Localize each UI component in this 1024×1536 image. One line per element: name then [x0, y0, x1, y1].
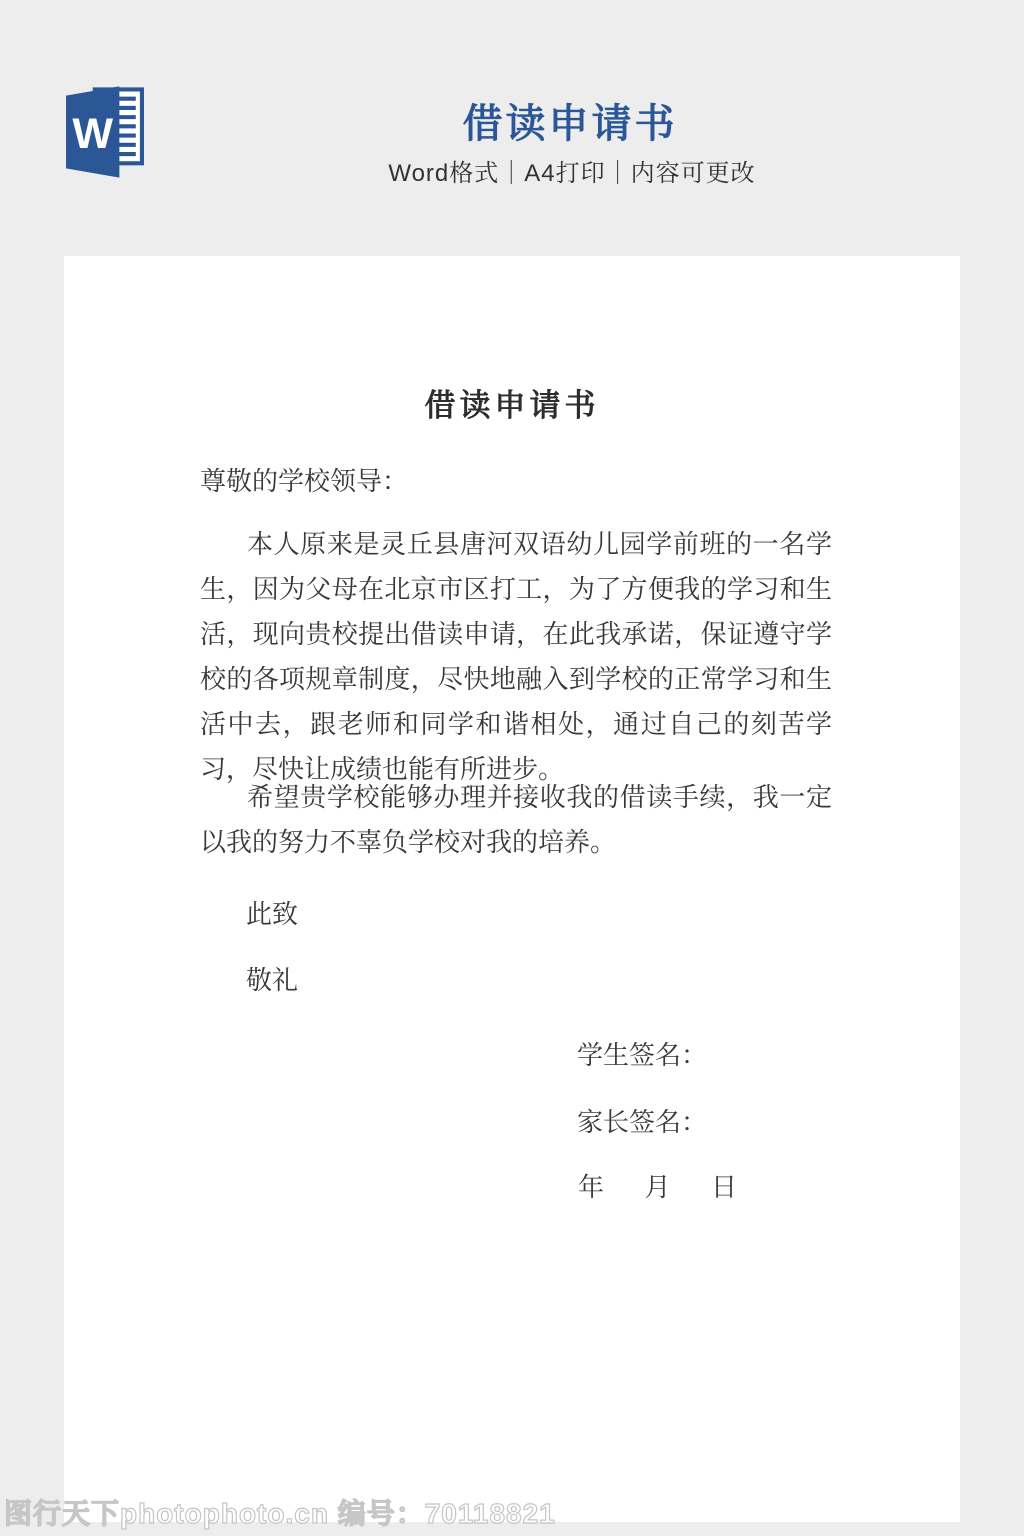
- document-title: 借读申请书: [64, 380, 960, 425]
- salutation: 尊敬的学校领导：: [200, 459, 408, 504]
- date-line: 年 月 日: [578, 1165, 737, 1210]
- closing-jingli: 敬礼: [246, 958, 298, 1003]
- watermark: 图行天下photophoto.cn 编号：70118821: [4, 1492, 556, 1532]
- body-paragraph-1: 本人原来是灵丘县唐河双语幼儿园学前班的一名学生，因为父母在北京市区打工，为了方便…: [200, 522, 832, 792]
- parent-signature-label: 家长签名：: [577, 1100, 707, 1145]
- closing-cizhi: 此致: [246, 892, 298, 937]
- year-label: 年: [578, 1173, 604, 1202]
- template-title: 借读申请书: [463, 92, 678, 149]
- day-label: 日: [711, 1173, 737, 1202]
- month-label: 月: [645, 1173, 671, 1202]
- student-signature-label: 学生签名：: [577, 1033, 707, 1078]
- template-subtitle: Word格式｜A4打印｜内容可更改: [388, 153, 755, 188]
- body-paragraph-2: 希望贵学校能够办理并接收我的借读手续，我一定以我的努力不辜负学校对我的培养。: [200, 775, 832, 865]
- document-page: 借读申请书 尊敬的学校领导： 本人原来是灵丘县唐河双语幼儿园学前班的一名学生，因…: [64, 256, 960, 1522]
- word-icon-letter: W: [72, 110, 113, 158]
- word-icon: W: [64, 84, 144, 180]
- template-preview: W 借读申请书 Word格式｜A4打印｜内容可更改 借读申请书 尊敬的学校领导：…: [0, 0, 1024, 1536]
